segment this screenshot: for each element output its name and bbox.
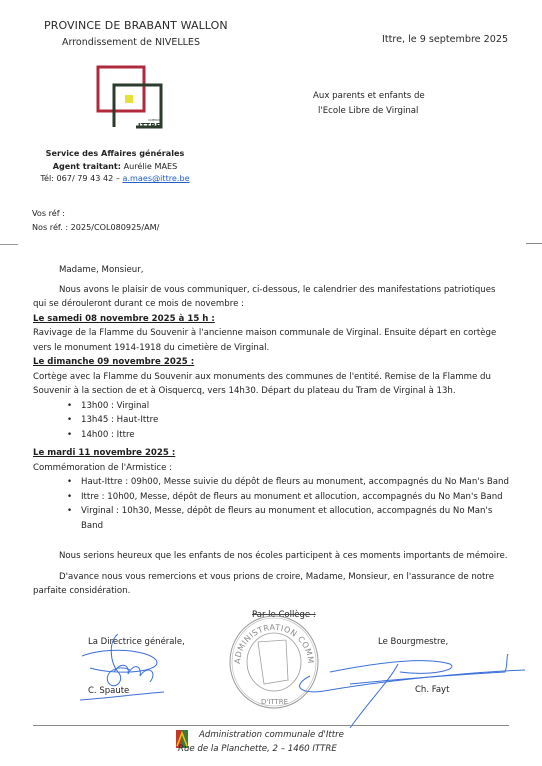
- footer-rule: [33, 725, 509, 726]
- nos-ref: Nos réf. : 2025/COL080925/AM/: [32, 221, 159, 233]
- service-block: Service des Affaires générales Agent tra…: [0, 147, 230, 185]
- event-1-text: Ravivage de la Flamme du Souvenir à l'an…: [33, 326, 511, 355]
- recipient-line-1: Aux parents et enfants de: [313, 90, 425, 102]
- vos-ref: Vos réf :: [32, 207, 65, 219]
- bourgmestre-signature-icon: [270, 650, 532, 730]
- list-item: Virginal : 10h30, Messe, dépôt de fleurs…: [67, 504, 511, 533]
- commune-ittre-logo-icon: COMMUNE ITTRE: [96, 65, 166, 135]
- agent-name: Aurélie MAES: [121, 161, 177, 171]
- service-name: Service des Affaires générales: [46, 148, 185, 158]
- list-item: 13h00 : Virginal: [67, 399, 511, 414]
- event-3-schedule-list: Haut-Ittre : 09h00, Messe suivie du dépô…: [33, 475, 511, 533]
- event-2-text: Cortège avec la Flamme du Souvenir aux m…: [33, 370, 511, 399]
- event-3-heading: Le mardi 11 novembre 2025 :: [33, 446, 511, 461]
- list-item: Ittre : 10h00, Messe, dépôt de fleurs au…: [67, 490, 511, 505]
- right-signatory-title: Le Bourgmestre,: [378, 636, 448, 648]
- event-1-heading: Le samedi 08 novembre 2025 à 15 h :: [33, 312, 511, 327]
- closing-paragraph-1: Nous serions heureux que les enfants de …: [33, 549, 511, 564]
- arrondissement-heading: Arrondissement de NIVELLES: [62, 37, 200, 49]
- list-item: 14h00 : Ittre: [67, 428, 511, 443]
- fold-mark-right: [526, 243, 542, 244]
- event-3-text: Commémoration de l'Armistice :: [33, 461, 511, 476]
- agent-label: Agent traitant:: [53, 161, 121, 171]
- footer-line-1: Administration communale d'Ittre: [199, 729, 344, 741]
- footer-line-2: Rue de la Planchette, 2 – 1460 ITTRE: [178, 743, 337, 755]
- list-item: 13h45 : Haut-Ittre: [67, 413, 511, 428]
- province-heading: PROVINCE DE BRABANT WALLON: [44, 20, 228, 32]
- fold-mark-left: [0, 244, 18, 245]
- phone-text: Tél: 067/ 79 43 42 –: [40, 173, 122, 183]
- place-date: Ittre, le 9 septembre 2025: [382, 34, 508, 46]
- recipient-line-2: l'Ecole Libre de Virginal: [318, 105, 418, 117]
- salutation: Madame, Monsieur,: [33, 263, 511, 278]
- event-2-schedule-list: 13h00 : Virginal 13h45 : Haut-Ittre 14h0…: [33, 399, 511, 443]
- email-link[interactable]: a.maes@ittre.be: [123, 173, 190, 183]
- closing-paragraph-2: D'avance nous vous remercions et vous pr…: [33, 570, 511, 599]
- logo-label: ITTRE: [138, 122, 161, 130]
- list-item: Haut-Ittre : 09h00, Messe suivie du dépô…: [67, 475, 511, 490]
- letter-body: Madame, Monsieur, Nous avons le plaisir …: [33, 263, 511, 599]
- event-2-heading: Le dimanche 09 novembre 2025 :: [33, 355, 511, 370]
- directrice-signature-icon: [78, 632, 168, 704]
- intro-paragraph: Nous avons le plaisir de vous communique…: [33, 283, 511, 312]
